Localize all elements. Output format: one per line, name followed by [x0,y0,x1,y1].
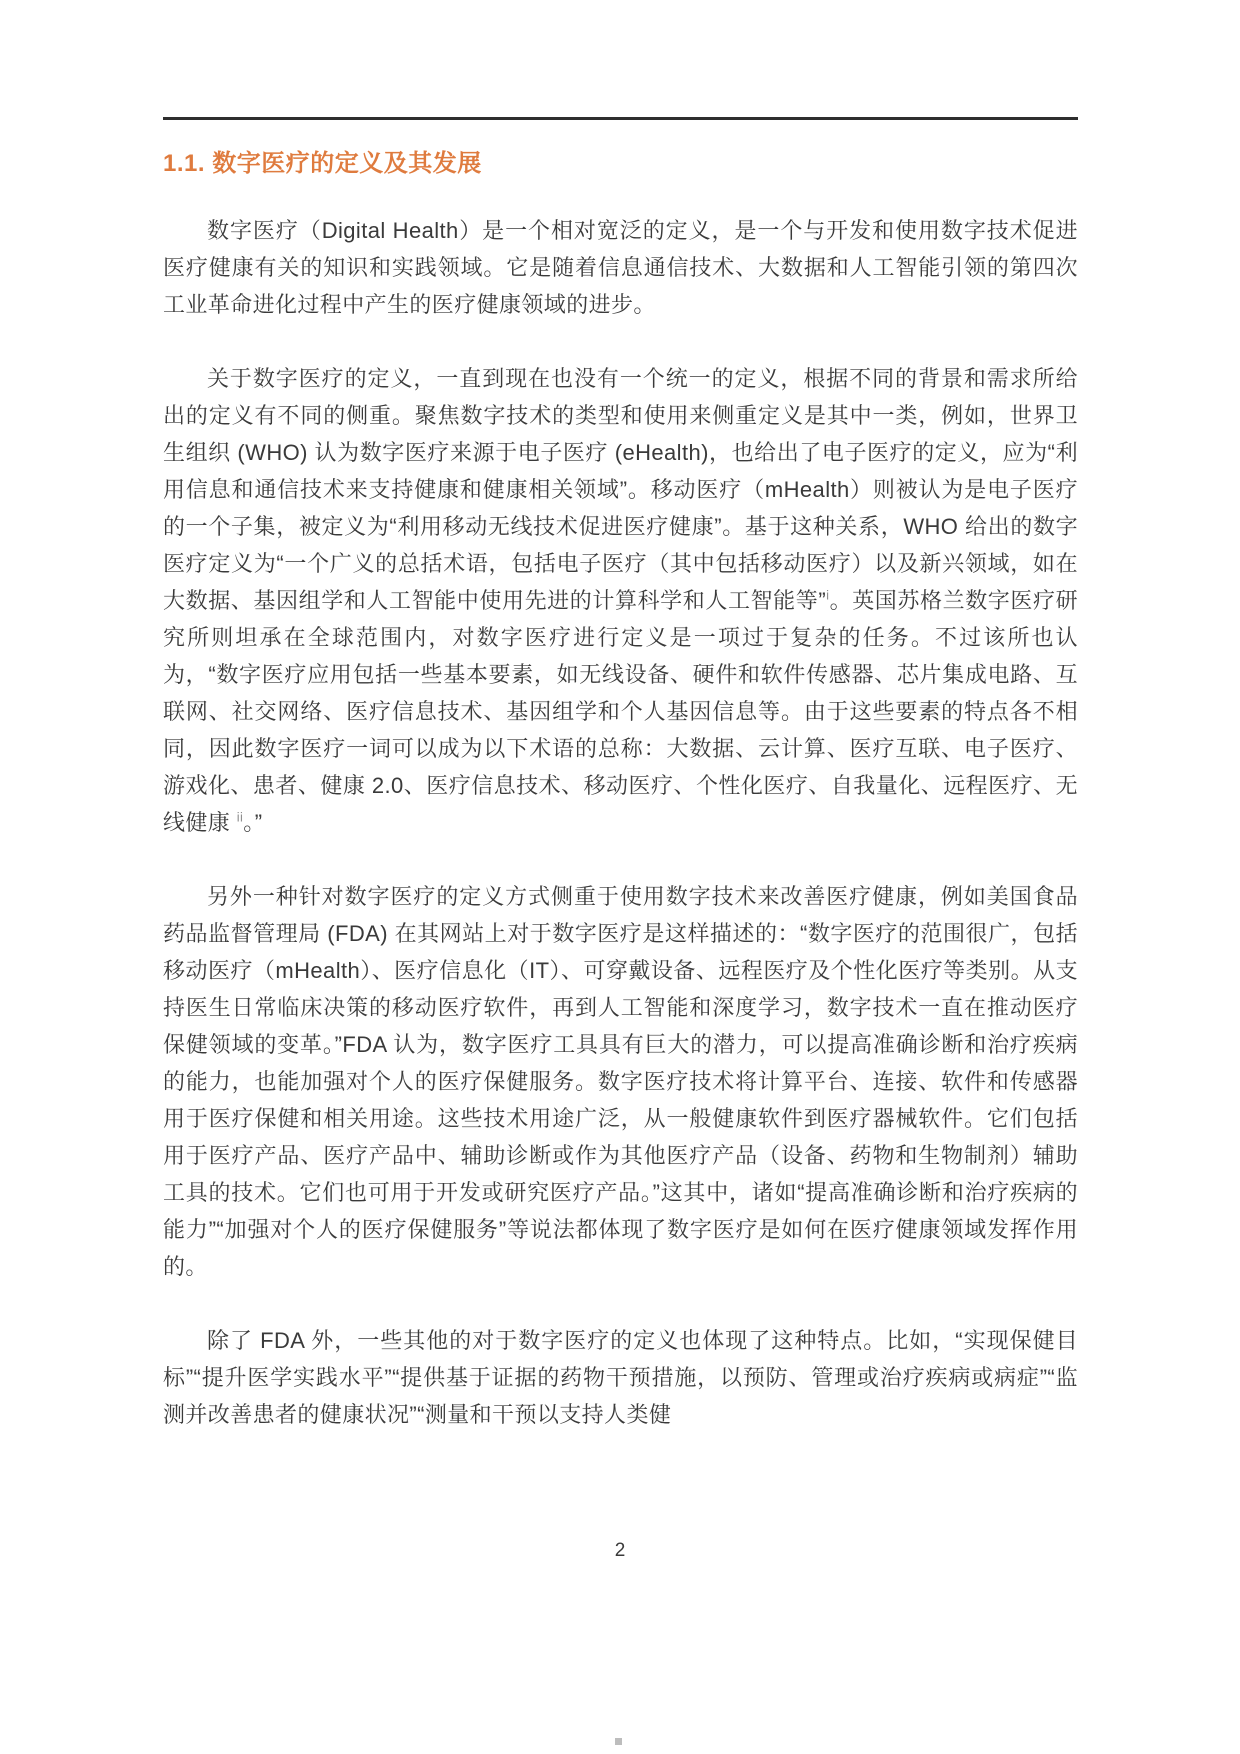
document-page: 1.1. 数字医疗的定义及其发展 数字医疗（Digital Health）是一个… [0,0,1240,1754]
page-content: 1.1. 数字医疗的定义及其发展 数字医疗（Digital Health）是一个… [163,117,1078,1433]
section-heading: 1.1. 数字医疗的定义及其发展 [163,149,1078,179]
watermark-dot [615,1738,622,1745]
page-number: 2 [0,1540,1240,1562]
footnote-marker: i [826,588,829,603]
paragraph: 另外一种针对数字医疗的定义方式侧重于使用数字技术来改善医疗健康，例如美国食品药品… [163,878,1078,1285]
top-rule [163,117,1078,120]
paragraph: 关于数字医疗的定义，一直到现在也没有一个统一的定义，根据不同的背景和需求所给出的… [163,360,1078,841]
footnote-marker: ii [237,810,244,825]
paragraph: 除了 FDA 外，一些其他的对于数字医疗的定义也体现了这种特点。比如，“实现保健… [163,1322,1078,1433]
body-text: 数字医疗（Digital Health）是一个相对宽泛的定义，是一个与开发和使用… [163,212,1078,1433]
paragraph: 数字医疗（Digital Health）是一个相对宽泛的定义，是一个与开发和使用… [163,212,1078,323]
